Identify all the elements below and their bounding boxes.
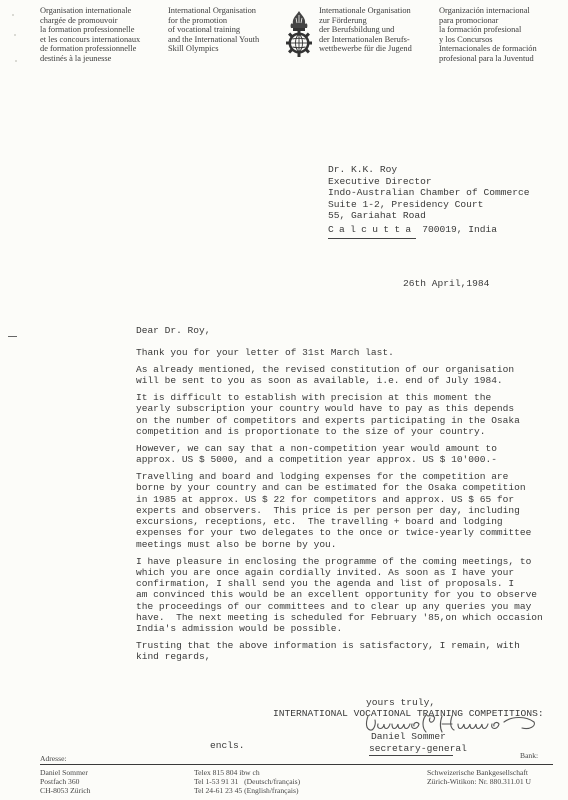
paragraph: Trusting that the above information is s… bbox=[136, 640, 546, 663]
paragraph: However, we can say that a non-competiti… bbox=[136, 443, 546, 466]
title-underline bbox=[369, 755, 453, 756]
complimentary-close: yours truly, bbox=[366, 697, 435, 708]
signer-name: Daniel Sommer bbox=[371, 731, 446, 742]
letterhead-spanish: Organización internacional para promocio… bbox=[439, 6, 537, 64]
letter-page: Organisation internationale chargée de p… bbox=[0, 0, 568, 800]
footer-bank-label: Bank: bbox=[520, 751, 538, 760]
recipient-position: Executive Director bbox=[328, 176, 530, 188]
paragraph: I have pleasure in enclosing the program… bbox=[136, 556, 546, 635]
letterhead-french: Organisation internationale chargée de p… bbox=[40, 6, 140, 64]
letter-date: 26th April,1984 bbox=[403, 278, 489, 289]
letterhead-german: Internationale Organisation zur Förderun… bbox=[319, 6, 412, 54]
recipient-city-line: Calcutta 700019, India bbox=[328, 224, 530, 236]
salutation: Dear Dr. Roy, bbox=[136, 325, 546, 336]
paragraph: As already mentioned, the revised consti… bbox=[136, 364, 546, 387]
footer-rule bbox=[40, 764, 553, 765]
recipient-postal-country: 700019, India bbox=[416, 224, 497, 235]
margin-speck bbox=[15, 60, 17, 62]
recipient-street-1: Suite 1-2, Presidency Court bbox=[328, 199, 530, 211]
footer-address: Daniel Sommer Postfach 360 CH-8053 Züric… bbox=[40, 768, 90, 795]
letter-body: Dear Dr. Roy, Thank you for your letter … bbox=[136, 325, 546, 668]
city-underline bbox=[328, 238, 416, 239]
paragraph: Thank you for your letter of 31st March … bbox=[136, 347, 546, 358]
footer-bank: Schweizerische Bankgesellschaft Zürich-W… bbox=[427, 768, 531, 786]
footer-address-label: Adresse: bbox=[40, 754, 67, 763]
recipient-organization: Indo-Australian Chamber of Commerce bbox=[328, 187, 530, 199]
recipient-address: Dr. K.K. Roy Executive Director Indo-Aus… bbox=[328, 164, 530, 239]
globe-gear-flame-emblem-icon bbox=[283, 9, 315, 59]
letterhead-english: International Organisation for the promo… bbox=[168, 6, 259, 54]
footer-contact: Telex 815 804 ibw ch Tel 1-53 91 31 (Deu… bbox=[194, 768, 300, 795]
fold-mark bbox=[8, 336, 17, 337]
signer-title: secretary-general bbox=[369, 743, 467, 754]
margin-speck bbox=[12, 14, 14, 16]
paragraph: It is difficult to establish with precis… bbox=[136, 392, 546, 437]
paragraph: Travelling and board and lodging expense… bbox=[136, 471, 546, 550]
recipient-city: Calcutta bbox=[328, 224, 416, 235]
recipient-name: Dr. K.K. Roy bbox=[328, 164, 530, 176]
enclosures-note: encls. bbox=[210, 740, 245, 751]
recipient-street-2: 55, Gariahat Road bbox=[328, 210, 530, 222]
margin-speck bbox=[14, 34, 16, 36]
